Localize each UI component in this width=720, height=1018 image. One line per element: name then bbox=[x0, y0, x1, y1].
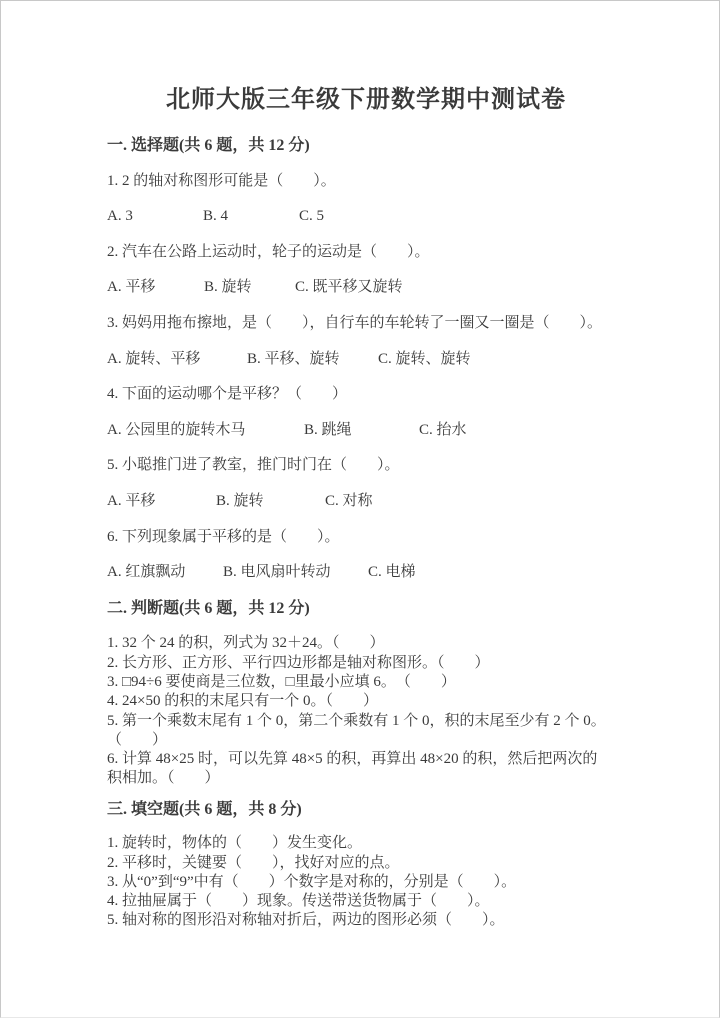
question-text: 5. 小聪推门进了教室，推门时门在（ ）。 bbox=[107, 448, 625, 484]
options-row: A. 平移 B. 旋转 C. 对称 bbox=[107, 484, 625, 520]
option-b: B. 平移、旋转 bbox=[247, 342, 378, 378]
option-b: B. 旋转 bbox=[204, 270, 295, 306]
option-b: B. 4 bbox=[203, 199, 299, 235]
options-row: A. 平移 B. 旋转 C. 既平移又旋转 bbox=[107, 270, 625, 306]
page-content: 北师大版三年级下册数学期中测试卷 一. 选择题(共 6 题，共 12 分) 1.… bbox=[1, 85, 719, 931]
option-a: A. 平移 bbox=[107, 484, 216, 520]
question-text: 6. 下列现象属于平移的是（ ）。 bbox=[107, 520, 625, 556]
statement-item: 4. 24×50 的积的末尾只有一个 0。（ ） bbox=[107, 692, 625, 711]
section-fill-blank: 三. 填空题(共 6 题，共 8 分) 1. 旋转时，物体的（ ）发生变化。 2… bbox=[107, 792, 625, 931]
statement-item: 3. 从“0”到“9”中有（ ）个数字是对称的，分别是（ ）。 bbox=[107, 873, 625, 892]
statement-item: 2. 长方形、正方形、平行四边形都是轴对称图形。（ ） bbox=[107, 654, 625, 673]
statement-item: 6. 计算 48×25 时，可以先算 48×5 的积，再算出 48×20 的积，… bbox=[107, 750, 625, 789]
statement-item: 1. 32 个 24 的积，列式为 32＋24。（ ） bbox=[107, 634, 625, 653]
options-row: A. 红旗飘动 B. 电风扇叶转动 C. 电梯 bbox=[107, 555, 625, 591]
options-row: A. 3 B. 4 C. 5 bbox=[107, 199, 625, 235]
question-text: 2. 汽车在公路上运动时，轮子的运动是（ ）。 bbox=[107, 235, 625, 271]
statement-item: 1. 旋转时，物体的（ ）发生变化。 bbox=[107, 834, 625, 853]
statement-list: 1. 32 个 24 的积，列式为 32＋24。（ ） 2. 长方形、正方形、平… bbox=[107, 634, 625, 788]
question-text: 4. 下面的运动哪个是平移？（ ） bbox=[107, 377, 625, 413]
options-row: A. 旋转、平移 B. 平移、旋转 C. 旋转、旋转 bbox=[107, 342, 625, 378]
option-a: A. 公园里的旋转木马 bbox=[107, 413, 304, 449]
option-c: C. 旋转、旋转 bbox=[378, 342, 471, 378]
option-c: C. 既平移又旋转 bbox=[295, 270, 403, 306]
option-c: C. 电梯 bbox=[368, 555, 416, 591]
statement-item: 2. 平移时，关键要（ ），找好对应的点。 bbox=[107, 854, 625, 873]
section-heading: 二. 判断题(共 6 题，共 12 分) bbox=[107, 591, 625, 627]
statement-item: 5. 轴对称的图形沿对称轴对折后，两边的图形必须（ ）。 bbox=[107, 911, 625, 930]
option-a: A. 平移 bbox=[107, 270, 204, 306]
statement-item: 4. 拉抽屉属于（ ）现象。传送带送货物属于（ ）。 bbox=[107, 892, 625, 911]
option-c: C. 5 bbox=[299, 199, 324, 235]
option-c: C. 对称 bbox=[325, 484, 373, 520]
option-a: A. 红旗飘动 bbox=[107, 555, 223, 591]
option-b: B. 跳绳 bbox=[304, 413, 419, 449]
options-row: A. 公园里的旋转木马 B. 跳绳 C. 抬水 bbox=[107, 413, 625, 449]
section-heading: 三. 填空题(共 6 题，共 8 分) bbox=[107, 792, 625, 828]
option-b: B. 旋转 bbox=[216, 484, 325, 520]
test-paper-page: 北师大版三年级下册数学期中测试卷 一. 选择题(共 6 题，共 12 分) 1.… bbox=[0, 0, 720, 1018]
section-true-false: 二. 判断题(共 6 题，共 12 分) 1. 32 个 24 的积，列式为 3… bbox=[107, 591, 625, 789]
statement-list: 1. 旋转时，物体的（ ）发生变化。 2. 平移时，关键要（ ），找好对应的点。… bbox=[107, 834, 625, 930]
statement-item: 5. 第一个乘数末尾有 1 个 0，第二个乘数有 1 个 0，积的末尾至少有 2… bbox=[107, 712, 625, 751]
question-text: 3. 妈妈用拖布擦地，是（ ），自行车的车轮转了一圈又一圈是（ ）。 bbox=[107, 306, 625, 342]
option-a: A. 3 bbox=[107, 199, 203, 235]
option-c: C. 抬水 bbox=[419, 413, 467, 449]
section-heading: 一. 选择题(共 6 题，共 12 分) bbox=[107, 128, 625, 164]
option-a: A. 旋转、平移 bbox=[107, 342, 247, 378]
section-multiple-choice: 一. 选择题(共 6 题，共 12 分) 1. 2 的轴对称图形可能是（ ）。 … bbox=[107, 128, 625, 591]
statement-item: 3. □94÷6 要使商是三位数，□里最小应填 6。 （ ） bbox=[107, 673, 625, 692]
option-b: B. 电风扇叶转动 bbox=[223, 555, 368, 591]
question-text: 1. 2 的轴对称图形可能是（ ）。 bbox=[107, 164, 625, 200]
page-title: 北师大版三年级下册数学期中测试卷 bbox=[107, 85, 625, 115]
